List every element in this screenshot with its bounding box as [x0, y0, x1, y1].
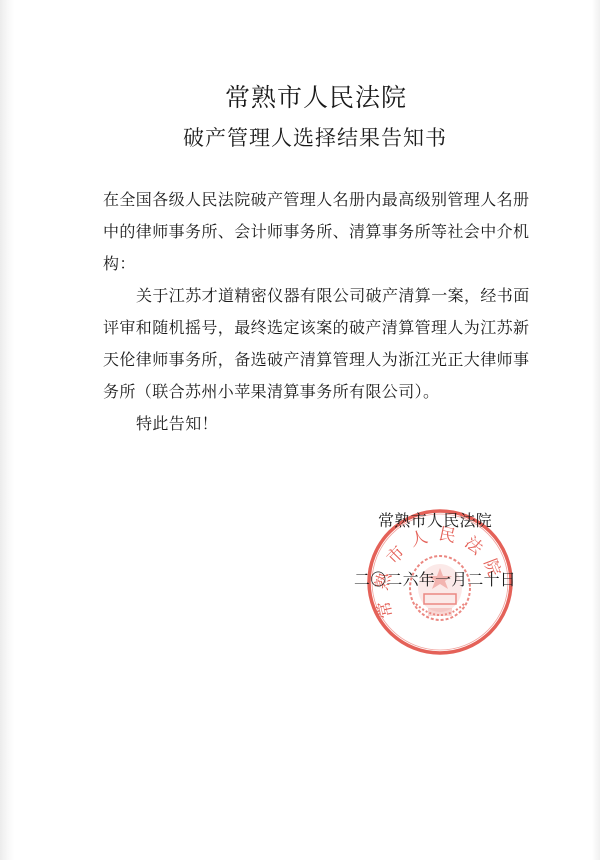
closing-remark: 特此告知！ — [103, 408, 535, 440]
body-paragraph: 关于江苏才道精密仪器有限公司破产清算一案，经书面评审和随机摇号，最终选定该案的破… — [103, 280, 535, 408]
issue-date: 二〇二六年一月二十日 — [354, 567, 516, 593]
salutation: 在全国各级人民法院破产管理人名册内最高级别管理人名册中的律师事务所、会计师事务所… — [103, 184, 535, 280]
court-title: 常熟市人民法院 — [0, 80, 600, 116]
signature-court-name: 常熟市人民法院 — [378, 508, 492, 534]
document-body: 在全国各级人民法院破产管理人名册内最高级别管理人名册中的律师事务所、会计师事务所… — [103, 184, 535, 440]
document-subtitle: 破产管理人选择结果告知书 — [0, 122, 600, 154]
